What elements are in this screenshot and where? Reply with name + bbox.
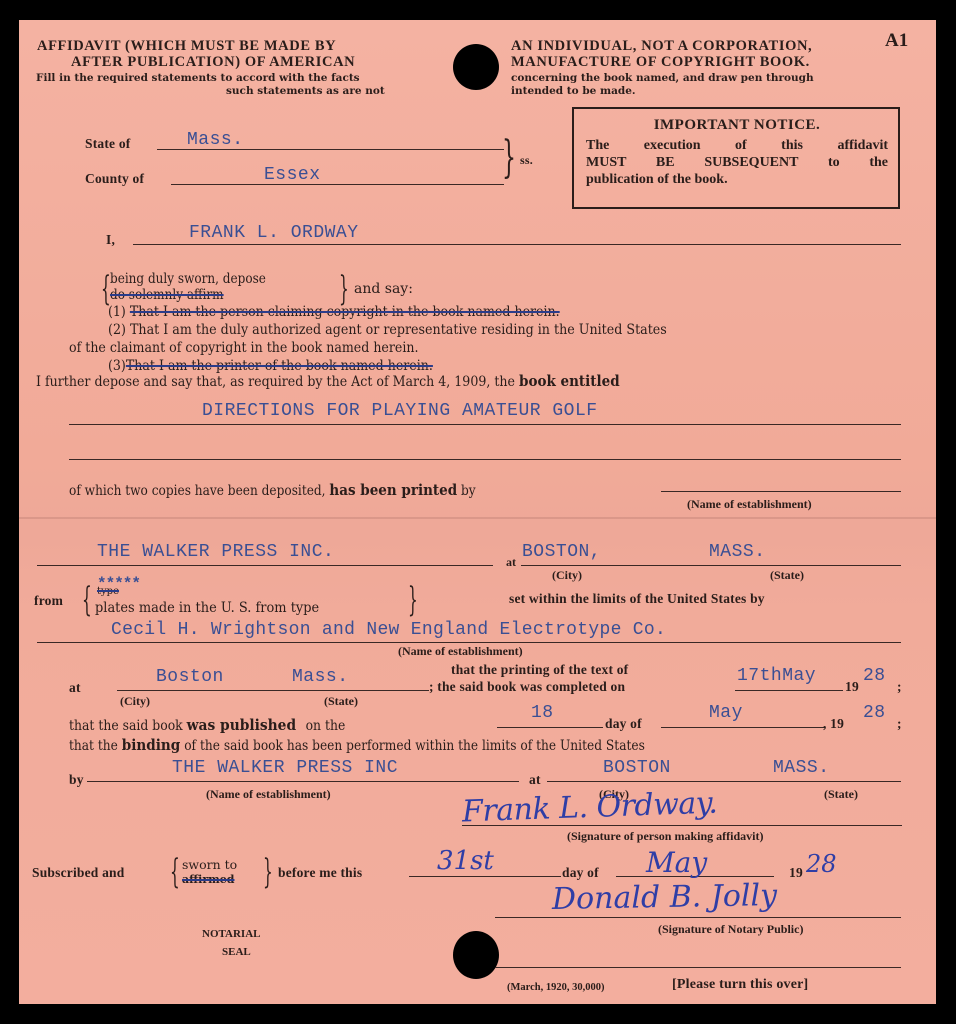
important-notice-box: IMPORTANT NOTICE. The execution of this …: [572, 107, 900, 209]
header-right-line2: MANUFACTURE OF COPYRIGHT BOOK.: [511, 54, 810, 71]
jurat-day-value[interactable]: 31st: [437, 846, 494, 876]
notice-line3: publication of the book.: [586, 171, 888, 188]
jurat-option-sworn: sworn to: [182, 857, 237, 872]
printer-name-value[interactable]: THE WALKER PRESS INC.: [97, 542, 334, 562]
completed-end: ;: [897, 679, 902, 695]
published-year-prefix: , 19: [823, 716, 844, 732]
completed-text1: that the printing of the text of: [451, 662, 628, 678]
from-label: from: [34, 593, 63, 609]
printer-name-line: [37, 565, 493, 566]
county-field-line: [171, 184, 504, 185]
affiant-name-line: [133, 244, 901, 245]
typesetter-line: [37, 642, 901, 643]
published-on-the: on the: [306, 718, 346, 734]
binding-text1: that the: [69, 738, 118, 754]
affiant-prefix: I,: [106, 232, 115, 248]
completed-location-line: [117, 690, 429, 691]
header-left-instructions-1: Fill in the required statements to accor…: [36, 72, 360, 85]
ss-label: ss.: [520, 153, 533, 168]
form-id: A1: [885, 30, 908, 52]
punch-hole-top: [453, 44, 499, 90]
notice-title: IMPORTANT NOTICE.: [586, 117, 888, 134]
typesetter-caption: (Name of establishment): [398, 644, 523, 659]
binder-location-line: [547, 781, 901, 782]
binder-name-caption: (Name of establishment): [206, 787, 331, 802]
oath-item1-number: (1): [108, 304, 126, 320]
oath-item2-continued: of the claimant of copyright in the book…: [69, 340, 419, 356]
binder-city-value[interactable]: BOSTON: [603, 758, 671, 778]
printed-by-caption: (Name of establishment): [687, 497, 812, 512]
bottom-line: [495, 967, 901, 968]
published-text: that the said book: [69, 718, 183, 734]
jurat-before-me: before me this: [278, 865, 362, 881]
completed-date-line: [735, 690, 843, 691]
printer-location-line: [521, 565, 901, 566]
binder-state-caption: (State): [824, 787, 858, 802]
printed-by-line: [661, 491, 901, 492]
jurat-day-of: day of: [562, 865, 599, 881]
footer-turn-over: [Please turn this over]: [672, 977, 808, 993]
notice-line1: The execution of this affidavit: [586, 137, 888, 154]
printed-by-text: of which two copies have been deposited,: [69, 483, 326, 499]
binder-by: by: [69, 772, 84, 788]
from-brace-open: {: [82, 582, 92, 618]
footer-edition: (March, 1920, 30,000): [507, 982, 605, 993]
notary-signature[interactable]: Donald B. Jolly: [552, 878, 778, 917]
book-title-line-2: [69, 459, 901, 460]
binder-at: at: [529, 772, 541, 788]
from-option-plates: plates made in the U. S. from type: [95, 600, 319, 616]
jurat-day-line: [409, 876, 561, 877]
affiant-signature[interactable]: Frank L. Ordway.: [461, 786, 717, 830]
binding-statement: that the binding of the said book has be…: [69, 736, 645, 754]
jurat-brace-open: {: [170, 854, 180, 890]
published-day-line: [497, 727, 603, 728]
published-year-value[interactable]: 28: [863, 703, 886, 723]
jurat-brace-close: }: [263, 854, 273, 890]
completed-year-prefix: 19: [845, 679, 859, 695]
further-depose-text: I further depose and say that, as requir…: [36, 374, 515, 390]
set-within-text: set within the limits of the United Stat…: [509, 591, 765, 607]
completed-state-caption: (State): [324, 694, 358, 709]
county-label: County of: [85, 171, 144, 187]
printer-state-caption: (State): [770, 568, 804, 583]
printed-by-bold: has been printed: [329, 481, 457, 499]
printer-city-value[interactable]: BOSTON,: [522, 542, 601, 562]
published-statement: that the said book was published on the: [69, 716, 345, 734]
header-left-line1: AFFIDAVIT (WHICH MUST BE MADE BY: [37, 38, 336, 55]
affidavit-form: AFFIDAVIT (WHICH MUST BE MADE BY AFTER P…: [19, 20, 936, 1004]
book-title-value[interactable]: DIRECTIONS FOR PLAYING AMATEUR GOLF: [202, 401, 598, 421]
book-title-line-1: [69, 424, 901, 425]
binder-name-line: [87, 781, 519, 782]
oath-item1: (1) That I am the person claiming copyri…: [108, 304, 560, 320]
from-option-type-struck: type: [97, 586, 119, 597]
published-day-value[interactable]: 18: [531, 703, 554, 723]
jurat-year-value[interactable]: 28: [806, 850, 837, 878]
completed-year-value[interactable]: 28: [863, 666, 886, 686]
jurat-year-prefix: 19: [789, 865, 803, 881]
affiant-signature-line: [462, 825, 902, 826]
completed-city-caption: (City): [120, 694, 150, 709]
header-right-line1: AN INDIVIDUAL, NOT A CORPORATION,: [511, 38, 812, 55]
published-month-value[interactable]: May: [709, 703, 743, 723]
oath-item1-struck-text: That I am the person claiming copyright …: [130, 304, 560, 320]
published-bold: was published: [187, 716, 296, 734]
jurat-option-affirmed-struck: affirmed: [182, 873, 234, 886]
oath-brace-close: }: [339, 271, 349, 307]
header-left-line2: AFTER PUBLICATION) OF AMERICAN: [71, 54, 355, 71]
notice-line2: MUST BE SUBSEQUENT to the: [586, 154, 888, 171]
state-field-value[interactable]: Mass.: [187, 130, 244, 150]
header-right-instructions-1: concerning the book named, and draw pen …: [511, 72, 814, 85]
state-label: State of: [85, 136, 130, 152]
from-brace-close: }: [408, 582, 418, 618]
punch-hole-bottom: [453, 931, 499, 979]
notary-signature-line: [495, 917, 901, 918]
oath-and-say: and say:: [354, 281, 413, 297]
venue-brace: }: [502, 134, 516, 182]
binding-text2: of the said book has been performed with…: [184, 738, 645, 754]
fold-line: [19, 517, 936, 519]
notary-signature-caption: (Signature of Notary Public): [658, 922, 803, 937]
completed-text2: ; the said book was completed on: [429, 679, 625, 695]
completed-city-value[interactable]: Boston: [156, 667, 224, 687]
notarial-seal-line1: NOTARIAL: [202, 928, 260, 940]
binding-bold: binding: [122, 736, 181, 754]
affiant-name-value[interactable]: FRANK L. ORDWAY: [189, 223, 359, 243]
affiant-signature-caption: (Signature of person making affidavit): [567, 829, 763, 844]
printer-state-value[interactable]: MASS.: [709, 542, 766, 562]
notarial-seal-line2: SEAL: [222, 946, 251, 958]
further-book-entitled: book entitled: [519, 372, 620, 390]
oath-option-sworn: being duly sworn, depose: [110, 271, 266, 287]
printer-at: at: [506, 555, 516, 570]
oath-option-affirm-struck: do solemnly affirm: [110, 287, 224, 303]
jurat-month-value[interactable]: May: [646, 846, 707, 879]
oath-item2: (2) That I am the duly authorized agent …: [108, 322, 667, 338]
jurat-subscribed: Subscribed and: [32, 865, 124, 881]
header-left-instructions-2: such statements as are not: [226, 85, 385, 98]
typesetter-value[interactable]: Cecil H. Wrightson and New England Elect…: [111, 620, 666, 640]
completed-state-value[interactable]: Mass.: [292, 667, 349, 687]
printer-city-caption: (City): [552, 568, 582, 583]
binder-state-value[interactable]: MASS.: [773, 758, 830, 778]
published-end: ;: [897, 716, 902, 732]
completed-date-value[interactable]: 17thMay: [737, 666, 816, 686]
header-right-instructions-2: intended to be made.: [511, 85, 636, 98]
county-field-value[interactable]: Essex: [264, 165, 321, 185]
binder-name-value[interactable]: THE WALKER PRESS INC: [172, 758, 398, 778]
printed-by-by: by: [461, 483, 476, 499]
printed-by-statement: of which two copies have been deposited,…: [69, 481, 476, 499]
further-depose: I further depose and say that, as requir…: [36, 372, 620, 390]
published-month-line: [661, 727, 825, 728]
published-day-of: day of: [605, 716, 642, 732]
completed-at: at: [69, 680, 81, 696]
